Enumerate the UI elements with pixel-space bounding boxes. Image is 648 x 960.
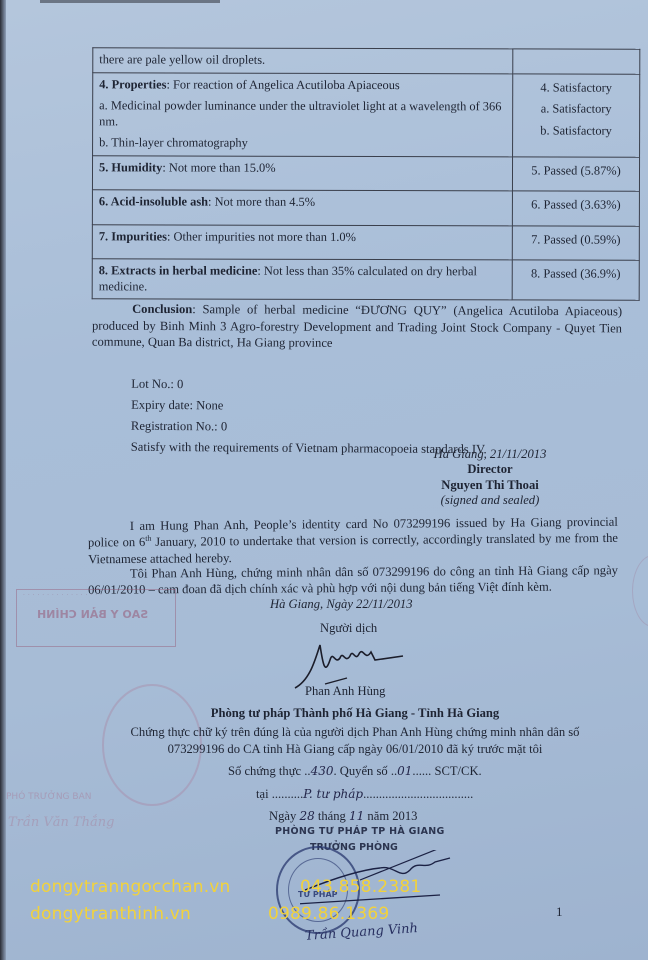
table-row: 5. Humidity: Not more than 15.0% 5. Pass… bbox=[92, 155, 639, 191]
place-value: P. tư pháp bbox=[303, 787, 363, 801]
justice-office-title: Phòng tư pháp Thành phố Hà Giang - Tỉnh … bbox=[120, 705, 590, 722]
book-label: . Quyển số .. bbox=[333, 764, 397, 778]
test-cell: 5. Humidity: Not more than 15.0% bbox=[92, 155, 512, 191]
result-cell: 6. Passed (3.63%) bbox=[512, 191, 639, 226]
place-label: tại .......... bbox=[256, 787, 303, 801]
stamp-text: SAO Y BẢN CHÍNH bbox=[37, 608, 148, 621]
watermark-phone-1: 043.858.2381 bbox=[300, 877, 421, 897]
table-row: 8. Extracts in herbal medicine: Not less… bbox=[92, 259, 639, 300]
director-title: Director bbox=[420, 462, 560, 477]
copy-certified-stamp: · · · · · · · · · · · · · · · · · SAO Y … bbox=[16, 589, 176, 647]
test-label: 8. Extracts in herbal medicine bbox=[99, 263, 258, 277]
watermark-website-2: dongytranthinh.vn bbox=[30, 904, 191, 924]
translator-signature bbox=[285, 640, 425, 690]
date-prefix: Ngày bbox=[269, 809, 299, 823]
table-row: 7. Impurities: Other impurities not more… bbox=[92, 224, 639, 260]
translator-statement-english: I am Hung Phan Anh, People’s identity ca… bbox=[88, 514, 618, 568]
registration-number: Registration No.: 0 bbox=[131, 419, 487, 442]
test-results-table: there are pale yellow oil droplets. 4. P… bbox=[92, 47, 641, 300]
test-cell: 6. Acid-insoluble ash: Not more than 4.5… bbox=[92, 190, 512, 226]
month-label: tháng bbox=[315, 809, 349, 823]
paper-edge-shadow bbox=[0, 0, 6, 960]
month-value: 11 bbox=[349, 809, 364, 823]
place-suffix: ................................... bbox=[363, 787, 473, 801]
director-name: Nguyen Thi Thoai bbox=[420, 478, 560, 493]
test-label: 6. Acid-insoluble ash bbox=[99, 194, 208, 208]
result-text: 5. Passed (5.87%) bbox=[517, 163, 635, 179]
lot-number: Lot No.: 0 bbox=[131, 377, 487, 400]
director-place-date: Ha Giang, 21/11/2013 bbox=[420, 447, 560, 462]
translator-name: Phan Anh Hùng bbox=[305, 684, 385, 699]
faded-deputy-signature: Trần Văn Thắng bbox=[8, 815, 115, 830]
table-row: there are pale yellow oil droplets. bbox=[93, 48, 640, 74]
certification-place-line: tại ..........P. tư pháp................… bbox=[256, 787, 473, 802]
certification-date-line: Ngày 28 tháng 11 năm 2013 bbox=[269, 809, 417, 824]
table-row: 4. Properties: For reaction of Angelica … bbox=[93, 72, 640, 156]
test-text: : Not more than 4.5% bbox=[208, 195, 315, 209]
result-cell: 7. Passed (0.59%) bbox=[512, 225, 639, 260]
test-text: : For reaction of Angelica Acutiloba Api… bbox=[166, 77, 399, 92]
book-suffix: ...... SCT/CK. bbox=[412, 764, 481, 778]
page-number: 1 bbox=[556, 904, 563, 920]
table-row: 6. Acid-insoluble ash: Not more than 4.5… bbox=[92, 190, 639, 226]
result-cell: 5. Passed (5.87%) bbox=[512, 156, 639, 191]
conclusion-label: Conclusion bbox=[132, 302, 192, 316]
test-text: : Other impurities not more than 1.0% bbox=[167, 229, 356, 243]
result-text: 6. Passed (3.63%) bbox=[517, 197, 635, 213]
test-subitem: a. Medicinal powder luminance under the … bbox=[99, 98, 506, 130]
paper-top-edge bbox=[40, 0, 220, 3]
test-subitem: b. Thin-layer chromatography bbox=[99, 135, 506, 152]
certification-block: Phòng tư pháp Thành phố Hà Giang - Tỉnh … bbox=[120, 705, 590, 758]
certification-number-line: Số chứng thực ..430. Quyển số ..01......… bbox=[228, 764, 482, 779]
cert-number-value: 430 bbox=[311, 764, 334, 778]
book-number-value: 01 bbox=[397, 764, 412, 778]
expiry-date: Expiry date: None bbox=[131, 398, 487, 421]
stamp-header: · · · · · · · · · · · · · · · · · bbox=[23, 592, 102, 599]
test-label: 4. Properties bbox=[99, 77, 166, 91]
day-value: 28 bbox=[299, 809, 314, 823]
result-cell bbox=[513, 49, 640, 74]
result-text: a. Satisfactory bbox=[517, 101, 635, 117]
test-label: 7. Impurities bbox=[99, 229, 167, 243]
partial-seal-right bbox=[632, 555, 648, 627]
watermark-website-1: dongytranngocchan.vn bbox=[30, 877, 231, 897]
faded-deputy-title: PHÓ TRƯỞNG BAN bbox=[6, 792, 91, 802]
test-cell: there are pale yellow oil droplets. bbox=[93, 48, 513, 74]
statement-text: January, 2010 to undertake that version … bbox=[88, 531, 618, 566]
director-signature-block: Ha Giang, 21/11/2013 Director Nguyen Thi… bbox=[420, 447, 560, 508]
conclusion-paragraph: Conclusion: Sample of herbal medicine “Đ… bbox=[92, 301, 622, 354]
cert-number-label: Số chứng thực .. bbox=[228, 764, 311, 778]
watermark-phone-2: 0989.86.1369 bbox=[268, 904, 389, 924]
test-cell: 7. Impurities: Other impurities not more… bbox=[92, 224, 512, 260]
certification-text: Chứng thực chữ ký trên đúng là của người… bbox=[120, 724, 590, 758]
test-text: there are pale yellow oil droplets. bbox=[99, 52, 506, 69]
result-cell: 8. Passed (36.9%) bbox=[512, 260, 639, 300]
director-note: (signed and sealed) bbox=[420, 493, 560, 508]
result-text: b. Satisfactory bbox=[517, 123, 635, 139]
office-stamp-title: PHÒNG TƯ PHÁP TP HÀ GIANG bbox=[275, 826, 445, 837]
test-text: : Not more than 15.0% bbox=[162, 160, 275, 174]
test-cell: 8. Extracts in herbal medicine: Not less… bbox=[92, 259, 512, 300]
result-text: 8. Passed (36.9%) bbox=[517, 266, 635, 282]
translator-place-date: Hà Giang, Ngày 22/11/2013 bbox=[270, 597, 413, 612]
translator-label: Người dịch bbox=[320, 621, 377, 636]
result-text: 7. Passed (0.59%) bbox=[517, 232, 635, 248]
result-cell: 4. Satisfactory a. Satisfactory b. Satis… bbox=[513, 73, 640, 156]
year-label: năm 2013 bbox=[364, 809, 417, 823]
test-label: 5. Humidity bbox=[99, 160, 162, 174]
test-cell: 4. Properties: For reaction of Angelica … bbox=[93, 72, 513, 156]
result-text: 4. Satisfactory bbox=[517, 80, 635, 96]
